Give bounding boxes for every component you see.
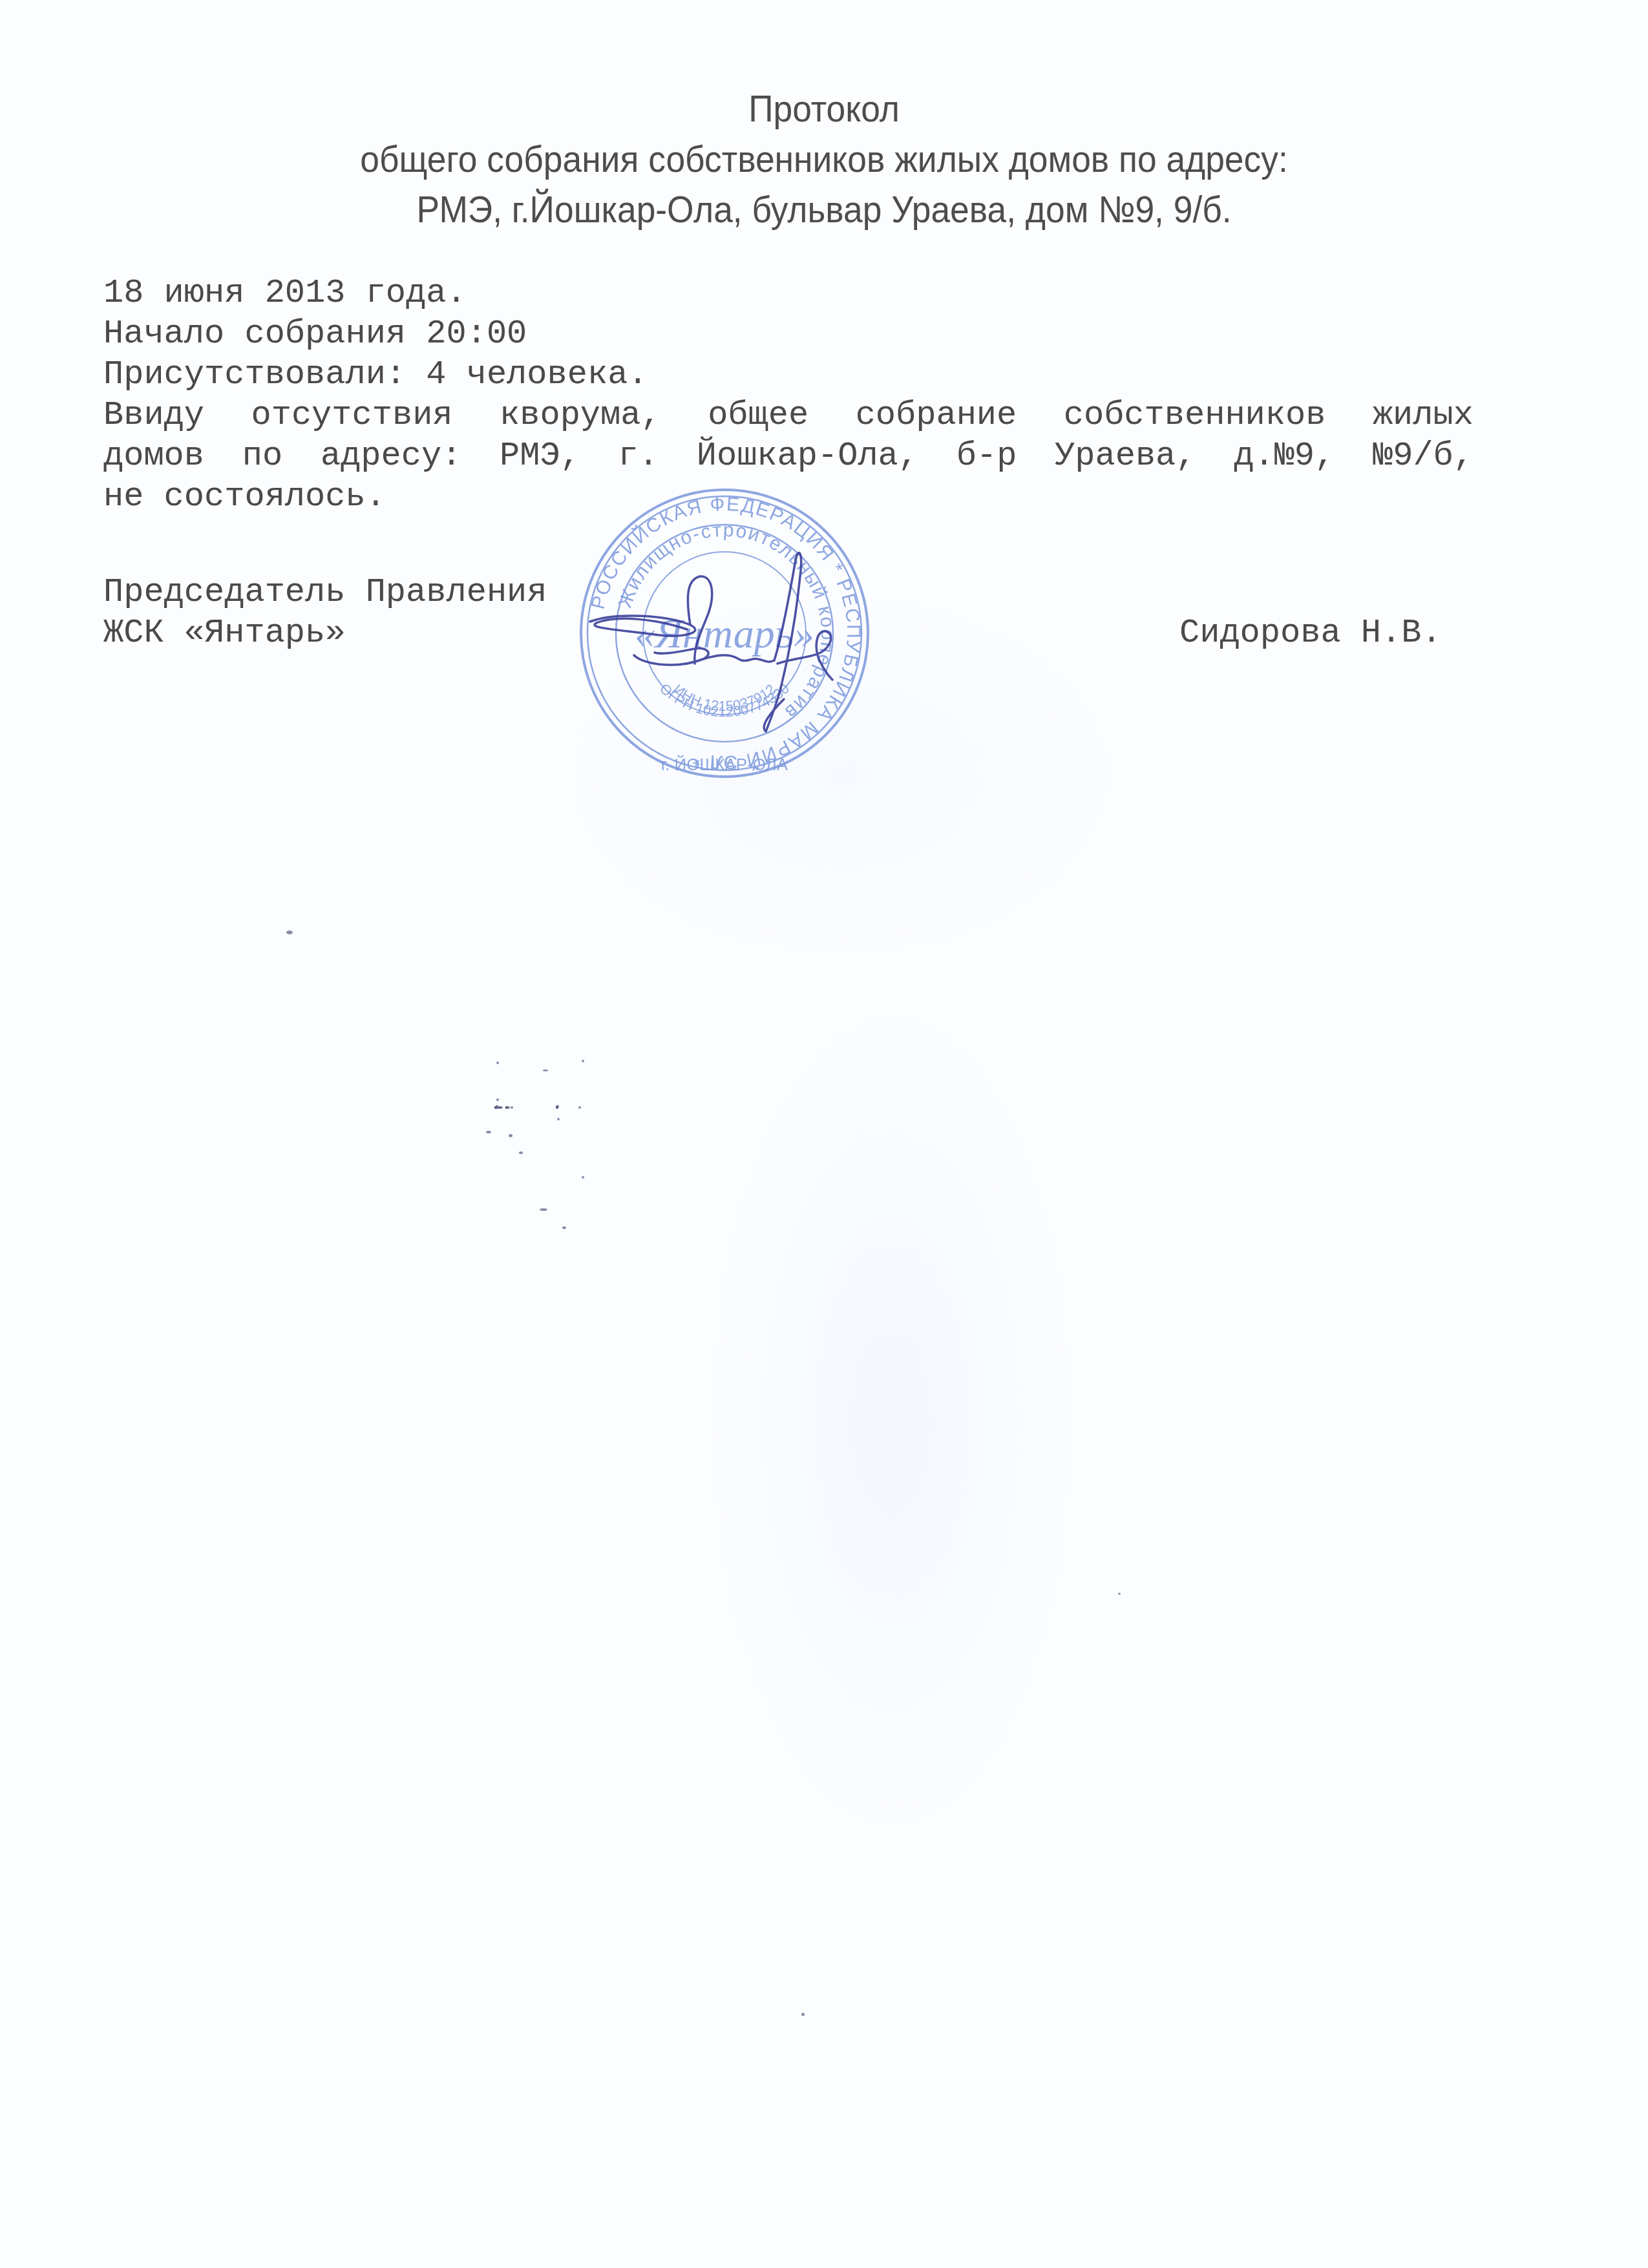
scan-artifact [543, 1069, 548, 1071]
scan-artifact [582, 1060, 584, 1062]
word: по [242, 436, 282, 476]
document-address: РМЭ, г.Йошкар-Ола, бульвар Ураева, дом №… [244, 185, 1404, 235]
word: адресу: [321, 436, 461, 476]
organization-name: ЖСК «Янтарь» [103, 613, 547, 653]
scan-artifact [556, 1106, 558, 1109]
word: г. [618, 436, 659, 476]
word: д.№9, [1234, 436, 1335, 476]
word: собственников [1064, 395, 1326, 436]
scan-artifact [557, 1118, 560, 1120]
scan-artifact [562, 1226, 566, 1229]
position-title: Председатель Правления [103, 572, 547, 613]
scan-artifact [496, 1098, 499, 1101]
signatory-position: Председатель Правления ЖСК «Янтарь» [103, 572, 547, 653]
scan-artifact [286, 930, 293, 934]
scan-artifact [499, 1106, 502, 1109]
scan-artifact [578, 1106, 581, 1109]
statement-line-2: домов по адресу: РМЭ, г. Йошкар-Ола, б-р… [103, 436, 1474, 476]
scan-artifact [801, 2013, 805, 2016]
scan-artifact [511, 1106, 513, 1109]
official-seal-icon: РОССИЙСКАЯ ФЕДЕРАЦИЯ * РЕСПУБЛИКА МАРИЙ … [577, 486, 872, 781]
document-header: Протокол общего собрания собственников ж… [244, 84, 1404, 235]
document-title: Протокол [244, 84, 1404, 134]
word: №9/б, [1373, 436, 1474, 476]
scan-artifact [486, 1131, 491, 1133]
word: Ураева, [1055, 436, 1196, 476]
signatory-name: Сидорова Н.В. [1179, 613, 1442, 653]
word: жилых [1373, 395, 1474, 436]
scan-artifact [505, 1106, 508, 1109]
scanned-page: Протокол общего собрания собственников ж… [0, 0, 1648, 2268]
word: б-р [956, 436, 1017, 476]
svg-text:г. ЙОШКАР-ОЛА: г. ЙОШКАР-ОЛА [661, 755, 788, 774]
scan-artifact [1118, 1593, 1121, 1595]
scan-artifact [582, 1176, 584, 1179]
word: домов [103, 436, 204, 476]
scan-artifact [494, 1106, 497, 1109]
meeting-date: 18 июня 2013 года. [103, 273, 1474, 313]
document-body: 18 июня 2013 года. Начало собрания 20:00… [103, 273, 1474, 517]
attendance: Присутствовали: 4 человека. [103, 354, 1474, 395]
word: РМЭ, [500, 436, 580, 476]
scan-artifact [540, 1208, 547, 1211]
statement-line-1: Ввиду отсутствия кворума, общее собрание… [103, 395, 1474, 436]
document-subtitle: общего собрания собственников жилых домо… [244, 134, 1404, 185]
scan-artifact [509, 1134, 512, 1137]
word: отсутствия [251, 395, 453, 436]
word: собрание [856, 395, 1017, 436]
word: Йошкар-Ола, [697, 436, 918, 476]
word: общее [708, 395, 808, 436]
meeting-start-time: Начало собрания 20:00 [103, 313, 1474, 354]
scan-artifact [496, 1062, 499, 1064]
word: кворума, [500, 395, 661, 436]
word: Ввиду [103, 395, 204, 436]
scan-artifact [519, 1151, 523, 1154]
